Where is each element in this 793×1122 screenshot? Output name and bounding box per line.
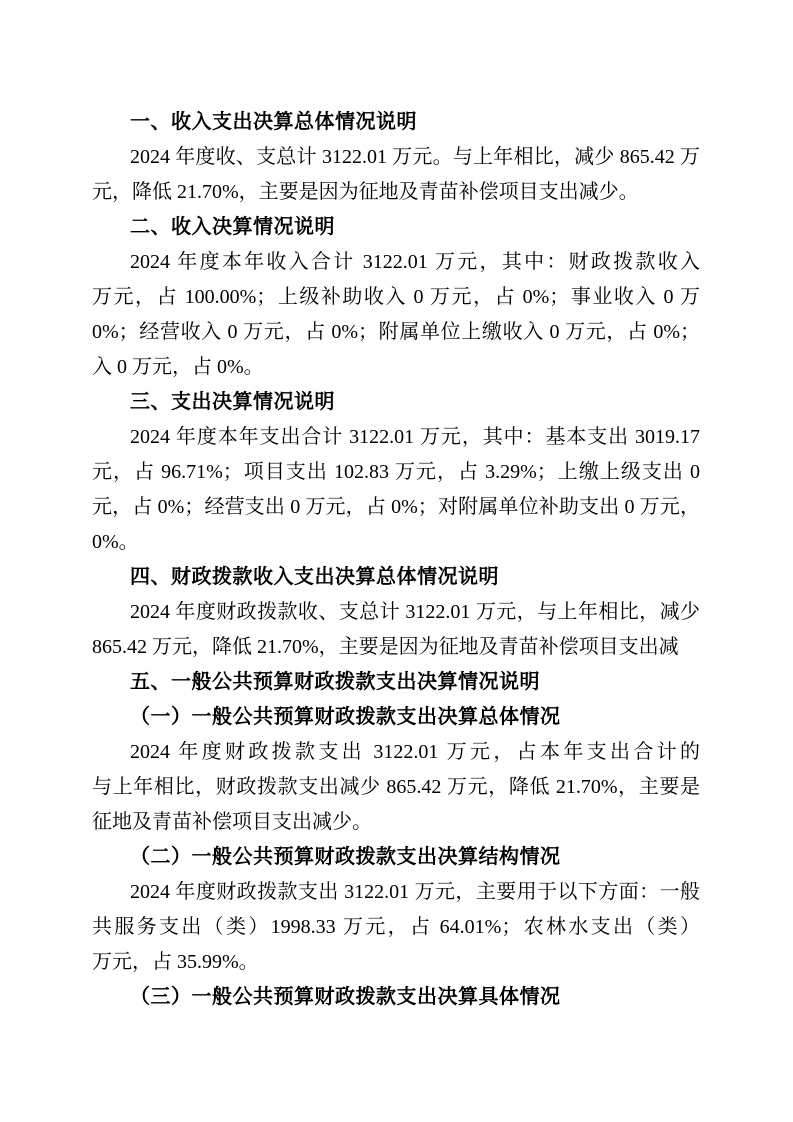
section-4-heading: 四、财政拨款收入支出决算总体情况说明 xyxy=(92,560,700,595)
document-body: 一、收入支出决算总体情况说明 2024 年度收、支总计 3122.01 万元。与… xyxy=(92,105,700,1015)
section-5-1-paragraph-line: 2024 年度财政拨款支出 3122.01 万元，占本年支出合计的 100.00… xyxy=(92,735,700,770)
section-5-1-subheading: （一）一般公共预算财政拨款支出决算总体情况 xyxy=(92,700,700,735)
section-4-paragraph-line: 865.42 万元，降低 21.70%，主要是因为征地及青苗补偿项目支出减少。 xyxy=(92,630,700,665)
section-5-3-subheading: （三）一般公共预算财政拨款支出决算具体情况 xyxy=(92,980,700,1015)
section-5-1-paragraph-line: 与上年相比，财政拨款支出减少 865.42 万元，降低 21.70%，主要是因为 xyxy=(92,770,700,805)
section-3-paragraph-line: 2024 年度本年支出合计 3122.01 万元，其中：基本支出 3019.17… xyxy=(92,420,700,455)
section-5-2-subheading: （二）一般公共预算财政拨款支出决算结构情况 xyxy=(92,840,700,875)
section-2-paragraph-line: 入 0 万元，占 0%。 xyxy=(92,350,700,385)
section-1-paragraph-line: 2024 年度收、支总计 3122.01 万元。与上年相比，减少 865.42 … xyxy=(92,140,700,175)
document-page: 一、收入支出决算总体情况说明 2024 年度收、支总计 3122.01 万元。与… xyxy=(0,0,793,1122)
section-2-paragraph-line: 0%；经营收入 0 万元，占 0%；附属单位上缴收入 0 万元，占 0%；其他收 xyxy=(92,315,700,350)
section-5-2-paragraph-line: 2024 年度财政拨款支出 3122.01 万元，主要用于以下方面：一般公 xyxy=(92,875,700,910)
section-2-paragraph-line: 万元，占 100.00%；上级补助收入 0 万元，占 0%；事业收入 0 万元，… xyxy=(92,280,700,315)
section-3-heading: 三、支出决算情况说明 xyxy=(92,385,700,420)
section-5-2-paragraph-line: 万元，占 35.99%。 xyxy=(92,945,700,980)
section-5-2-paragraph-line: 共服务支出（类）1998.33 万元，占 64.01%；农林水支出（类）1123… xyxy=(92,910,700,945)
section-3-paragraph-line: 元，占 96.71%；项目支出 102.83 万元，占 3.29%；上缴上级支出… xyxy=(92,455,700,490)
section-3-paragraph-line: 0%。 xyxy=(92,525,700,560)
section-1-paragraph-line: 元，降低 21.70%，主要是因为征地及青苗补偿项目支出减少。 xyxy=(92,175,700,210)
section-5-1-paragraph-line: 征地及青苗补偿项目支出减少。 xyxy=(92,805,700,840)
section-5-heading: 五、一般公共预算财政拨款支出决算情况说明 xyxy=(92,665,700,700)
section-2-heading: 二、收入决算情况说明 xyxy=(92,210,700,245)
section-2-paragraph-line: 2024 年度本年收入合计 3122.01 万元，其中：财政拨款收入 3122.… xyxy=(92,245,700,280)
section-3-paragraph-line: 元，占 0%；经营支出 0 万元，占 0%；对附属单位补助支出 0 万元，占 xyxy=(92,490,700,525)
section-4-paragraph-line: 2024 年度财政拨款收、支总计 3122.01 万元，与上年相比，减少 xyxy=(92,595,700,630)
section-1-heading: 一、收入支出决算总体情况说明 xyxy=(92,105,700,140)
